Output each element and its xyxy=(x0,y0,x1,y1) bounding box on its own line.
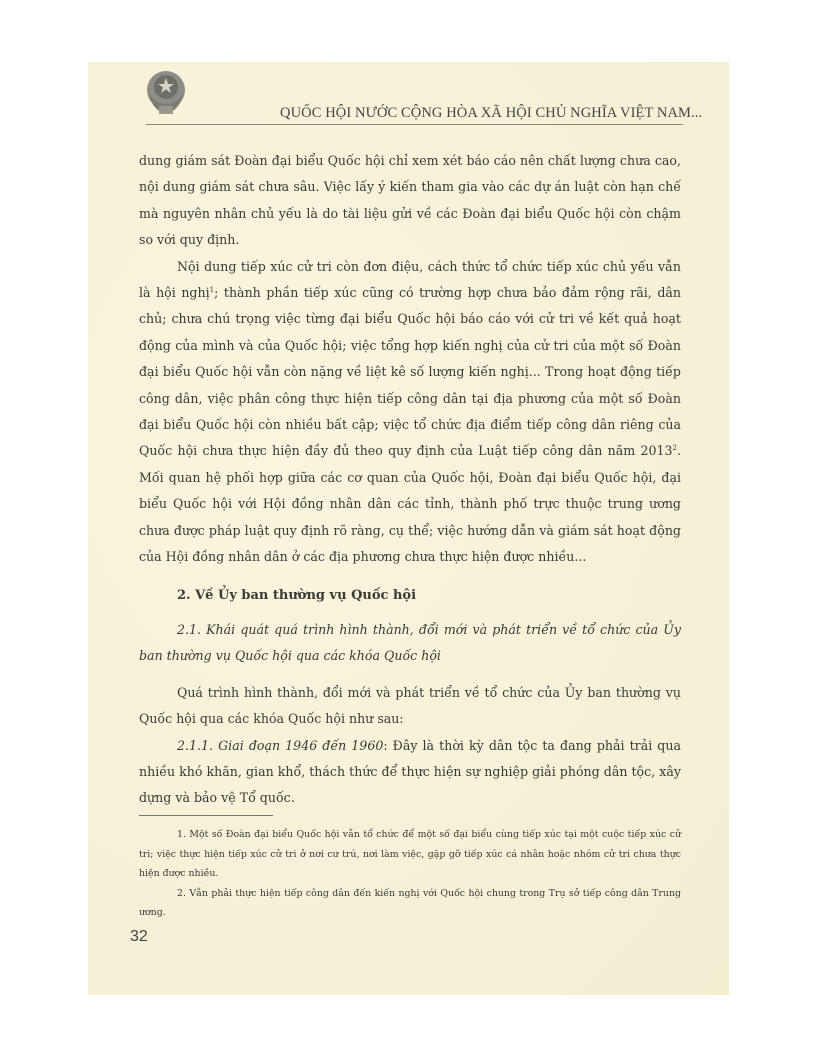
text-run: ; thành phần tiếp xúc cũng có trường hợp… xyxy=(139,285,681,458)
footnote-2: 2. Vẫn phải thực hiện tiếp công dân đến … xyxy=(139,884,681,923)
text-run: . Mối quan hệ phối hợp giữa các cơ quan … xyxy=(139,443,681,564)
footnote-divider xyxy=(139,815,273,816)
paragraph: 2.1.1. Giai đoạn 1946 đến 1960: Đây là t… xyxy=(139,733,681,812)
page-number: 32 xyxy=(130,928,148,946)
national-emblem-icon xyxy=(140,68,192,120)
footnote-1: 1. Một số Đoàn đại biểu Quốc hội vẫn tổ … xyxy=(139,825,681,884)
header-divider xyxy=(146,124,683,125)
period-label: 2.1.1. Giai đoạn 1946 đến 1960 xyxy=(177,738,383,753)
paragraph: Nội dung tiếp xúc cử tri còn đơn điệu, c… xyxy=(139,254,681,571)
subsection-heading: 2.1. Khái quát quá trình hình thành, đổi… xyxy=(139,617,681,670)
footnotes: 1. Một số Đoàn đại biểu Quốc hội vẫn tổ … xyxy=(139,825,681,923)
body-text: dung giám sát Đoàn đại biểu Quốc hội chỉ… xyxy=(139,148,681,812)
paragraph: Quá trình hình thành, đổi mới và phát tr… xyxy=(139,680,681,733)
section-heading: 2. Về Ủy ban thường vụ Quốc hội xyxy=(139,583,681,609)
book-page: QUỐC HỘI NƯỚC CỘNG HÒA XÃ HỘI CHỦ NGHĨA … xyxy=(88,62,729,995)
paragraph: dung giám sát Đoàn đại biểu Quốc hội chỉ… xyxy=(139,148,681,254)
running-header-title: QUỐC HỘI NƯỚC CỘNG HÒA XÃ HỘI CHỦ NGHĨA … xyxy=(280,105,702,122)
